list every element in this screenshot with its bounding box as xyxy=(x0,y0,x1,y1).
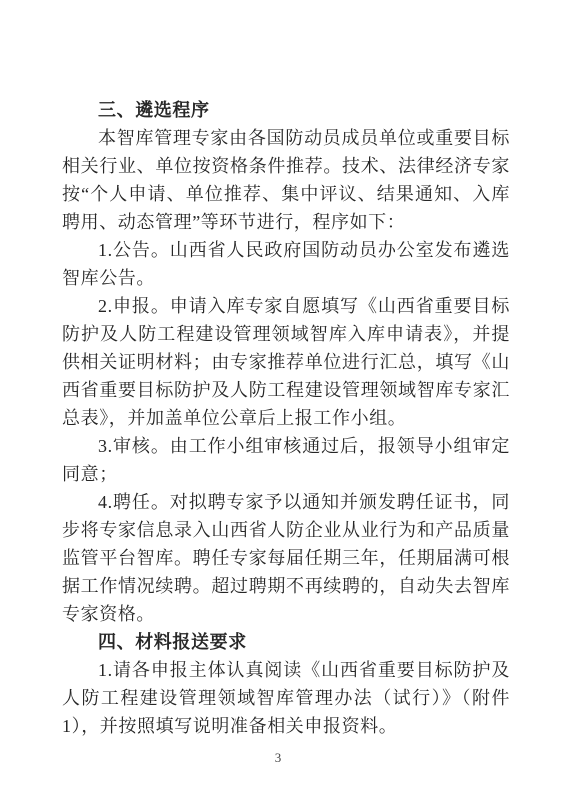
section-heading-material-submission: 四、材料报送要求 xyxy=(62,628,510,656)
page-number: 3 xyxy=(0,750,556,766)
section-heading-selection-procedure: 三、遴选程序 xyxy=(62,96,510,124)
paragraph-selection-overview: 本智库管理专家由各国防动员成员单位或重要目标相关行业、单位按资格条件推荐。技术、… xyxy=(62,124,510,236)
document-page: 三、遴选程序 本智库管理专家由各国防动员成员单位或重要目标相关行业、单位按资格条… xyxy=(62,96,510,740)
paragraph-step-2-application: 2.申报。申请入库专家自愿填写《山西省重要目标防护及人防工程建设管理领域智库入库… xyxy=(62,292,510,432)
paragraph-step-3-review: 3.审核。由工作小组审核通过后，报领导小组审定同意； xyxy=(62,432,510,488)
paragraph-submission-requirement-1: 1.请各申报主体认真阅读《山西省重要目标防护及人防工程建设管理领域智库管理办法（… xyxy=(62,656,510,740)
paragraph-step-4-appointment: 4.聘任。对拟聘专家予以通知并颁发聘任证书，同步将专家信息录入山西省人防企业从业… xyxy=(62,488,510,628)
paragraph-step-1-announcement: 1.公告。山西省人民政府国防动员办公室发布遴选智库公告。 xyxy=(62,236,510,292)
